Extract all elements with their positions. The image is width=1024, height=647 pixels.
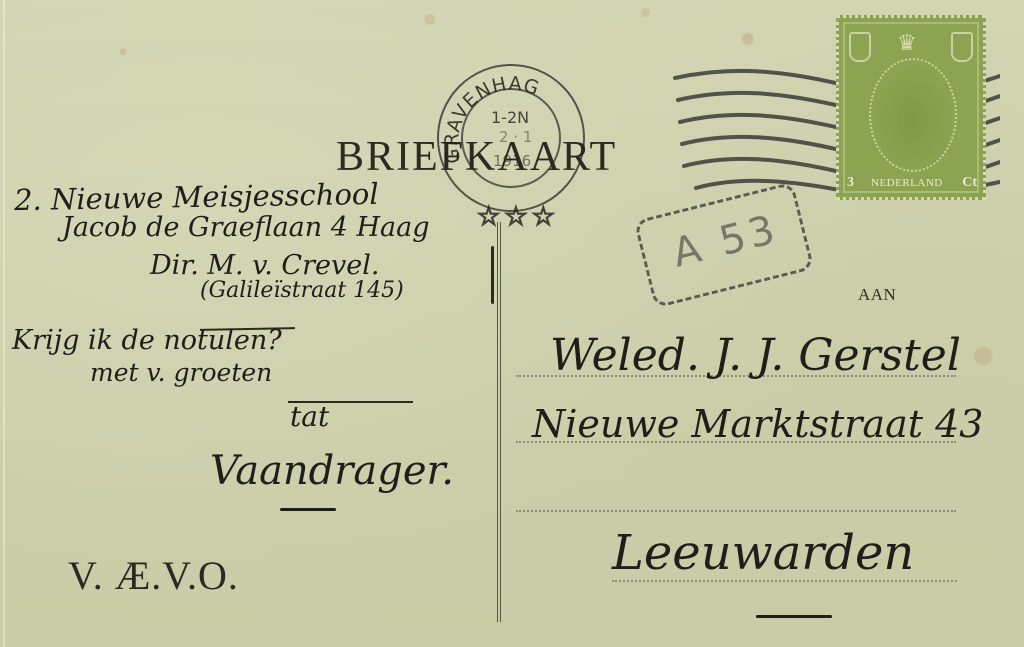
recipient-city: Leeuwarden [612, 525, 914, 581]
message-line: tat [290, 400, 329, 433]
message-line: (Galileïstraat 145) [200, 278, 404, 303]
signature-underline [280, 508, 336, 511]
postmark-day: 2 · 1 [499, 128, 532, 146]
organization-imprint: V. Æ.V.O. [68, 552, 239, 599]
signature: Vaandrager. [210, 448, 454, 494]
address-label: AAN [858, 285, 896, 305]
message-line: Jacob de Graeflaan 4 Haag [62, 212, 430, 243]
stamp-currency: Ct [962, 175, 977, 191]
coat-of-arms-icon [849, 32, 871, 62]
city-underline [756, 615, 832, 618]
stamp-denomination: 3 [847, 175, 854, 191]
queen-portrait [869, 58, 957, 172]
bracket-stroke [491, 246, 494, 304]
card-edge [3, 0, 5, 647]
message-line: Dir. M. v. Crevel. [150, 250, 379, 281]
star-icons: ☆☆☆ [477, 202, 559, 232]
postmark-time: 1-2N [491, 108, 529, 127]
coat-of-arms-icon [951, 32, 973, 62]
message-line: met v. groeten [90, 358, 272, 387]
message-line: Krijg ik de notulen? [12, 325, 282, 356]
handstamp-box: A 53 [634, 181, 815, 308]
recipient-name: Weled. J. J. Gerstel [550, 330, 961, 381]
handstamp-text: A 53 [668, 206, 783, 277]
crown-icon: ♛ [897, 30, 917, 56]
postcard: ♛ 3 NEDERLAND Ct BRIEFKAART GRAVENHAG 1-… [0, 0, 1024, 647]
postmark-year: 1916 [493, 152, 531, 170]
address-line [516, 510, 956, 512]
postmark: GRAVENHAG 1-2N 2 · 1 1916 ☆☆☆ [437, 64, 585, 212]
recipient-street: Nieuwe Marktstraat 43 [532, 402, 983, 446]
center-divider [497, 222, 501, 622]
stamp-country: NEDERLAND [871, 177, 943, 189]
postage-stamp: ♛ 3 NEDERLAND Ct [836, 15, 986, 200]
